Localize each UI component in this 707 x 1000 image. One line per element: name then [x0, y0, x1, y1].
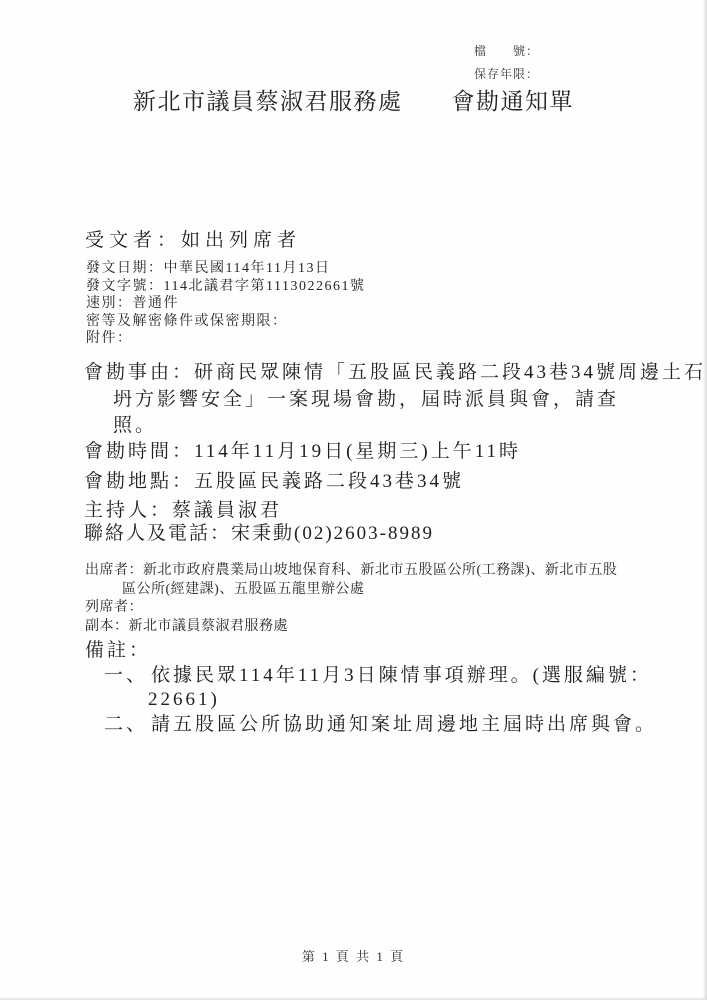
copy-to-line: 副本：新北市議員蔡淑君服務處	[85, 618, 617, 637]
field-value: 宋秉動(02)2603-8989	[231, 523, 434, 544]
field-label: 會勘地點：	[84, 471, 194, 492]
field-survey-time: 會勘時間：114年11月19日(星期三)上午11時	[84, 436, 521, 463]
subject-line: 會勘事由：研商民眾陳情「五股區民義路二段43巷34號周邊土石	[84, 360, 706, 387]
attendees-line: 出席者：新北市政府農業局山坡地保育科、新北市五股區公所(工務課)、新北市五股	[85, 562, 617, 581]
meta-line-speed: 速別：普通件	[86, 295, 365, 313]
note-item-1-continued: 22661)	[148, 688, 657, 713]
archival-corner: 檔 號： 保存年限：	[474, 40, 539, 86]
note-item-2: 二、請五股區公所協助通知案址周邊地主屆時出席與會。	[104, 713, 657, 738]
attendees-line: 區公所(經建課)、五股區五龍里辦公處	[122, 581, 617, 600]
note-number: 二、	[104, 714, 148, 735]
subject-text: 研商民眾陳情「五股區民義路二段43巷34號周邊土石	[194, 362, 706, 383]
page-number: 第 1 頁 共 1 頁	[0, 946, 707, 965]
attendees-text: 新北市政府農業局山坡地保育科、新北市五股區公所(工務課)、新北市五股	[143, 563, 617, 578]
scan-edge-right	[703, 0, 707, 1000]
copy-to-label: 副本：	[85, 619, 129, 634]
attendees-section: 出席者：新北市政府農業局山坡地保育科、新北市五股區公所(工務課)、新北市五股 區…	[85, 562, 617, 636]
subject-line: 坍方影響安全」一案現場會勘，屆時派員與會，請查	[113, 387, 706, 414]
field-survey-location: 會勘地點：五股區民義路二段43巷34號	[84, 466, 464, 493]
meta-line-doc-number: 發文字號：114北議君字第1113022661號	[86, 278, 365, 296]
meta-line-security: 密等及解密條件或保密期限：	[86, 313, 365, 331]
document-title: 新北市議員蔡淑君服務處 會勘通知單	[0, 83, 707, 116]
field-contact-phone: 聯絡人及電話：宋秉動(02)2603-8989	[84, 518, 434, 545]
document-meta: 發文日期：中華民國114年11月13日 發文字號：114北議君字第1113022…	[86, 260, 365, 348]
subject-label: 會勘事由：	[84, 362, 194, 383]
meta-line-issue-date: 發文日期：中華民國114年11月13日	[86, 260, 365, 278]
recipient-line: 受文者：如出列席者	[85, 225, 301, 252]
field-value: 114年11月19日(星期三)上午11時	[194, 441, 521, 462]
note-text: 請五股區公所協助通知案址周邊地主屆時出席與會。	[151, 714, 657, 735]
note-number: 一、	[104, 665, 148, 686]
subject-section: 會勘事由：研商民眾陳情「五股區民義路二段43巷34號周邊土石 坍方影響安全」一案…	[84, 360, 706, 440]
document-page: 檔 號： 保存年限： 新北市議員蔡淑君服務處 會勘通知單 受文者：如出列席者 發…	[0, 0, 707, 1000]
meta-line-attachment: 附件：	[86, 330, 365, 348]
copy-to-value: 新北市議員蔡淑君服務處	[129, 619, 289, 634]
field-label: 會勘時間：	[84, 441, 194, 462]
file-number-label: 檔 號：	[474, 40, 539, 63]
observers-label: 列席者：	[85, 600, 143, 615]
recipient-value: 如出列席者	[181, 230, 301, 251]
note-item-1: 一、依據民眾114年11月3日陳情事項辦理。(選服編號：	[104, 664, 657, 689]
field-label: 聯絡人及電話：	[84, 523, 231, 544]
recipient-label: 受文者：	[85, 230, 181, 251]
note-text: 依據民眾114年11月3日陳情事項辦理。(選服編號：	[151, 665, 652, 686]
field-value: 五股區民義路二段43巷34號	[194, 471, 464, 492]
notes-label: 備註：	[85, 639, 657, 664]
notes-section: 備註： 一、依據民眾114年11月3日陳情事項辦理。(選服編號： 22661) …	[85, 639, 657, 737]
observers-line: 列席者：	[85, 599, 617, 618]
attendees-label: 出席者：	[85, 563, 143, 578]
